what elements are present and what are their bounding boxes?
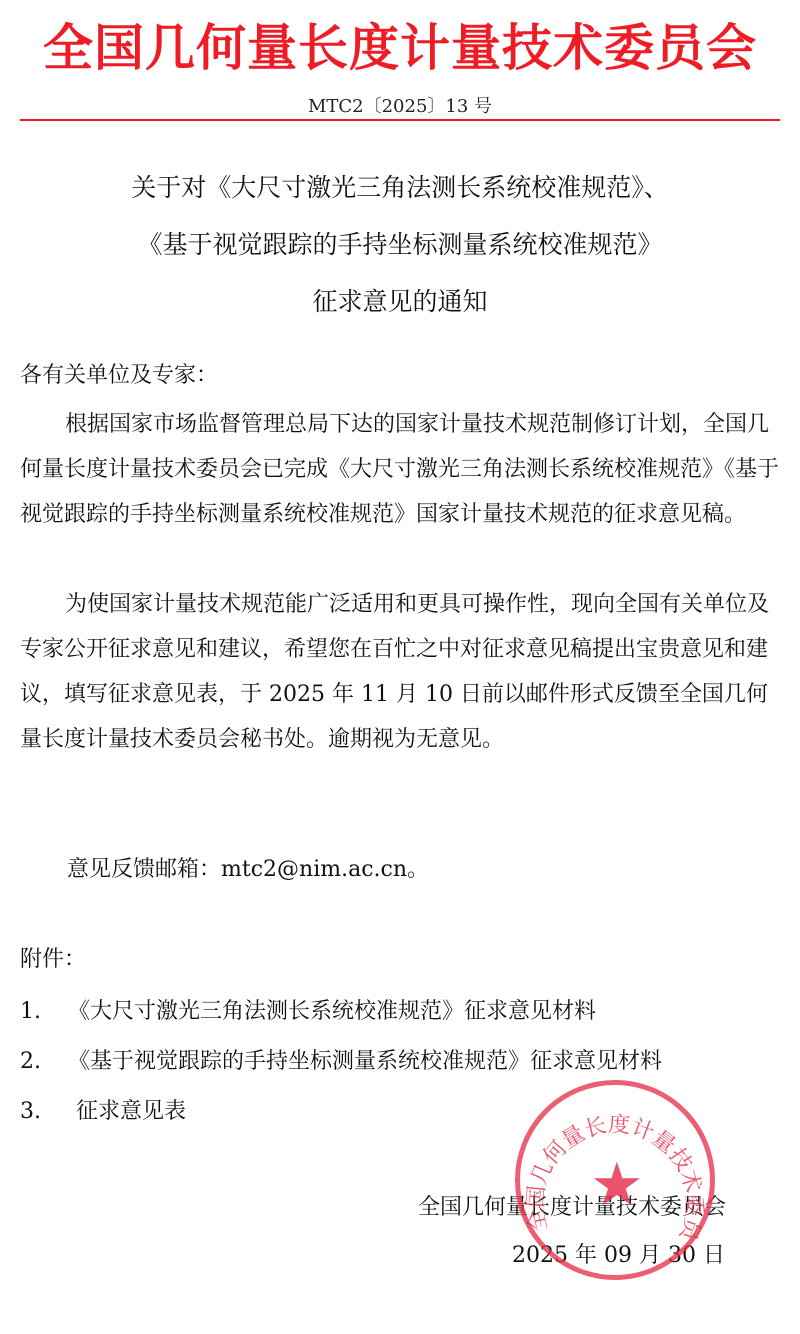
subject-line-2: 《基于视觉跟踪的手持坐标测量系统校准规范》 bbox=[0, 225, 800, 261]
letterhead-divider bbox=[20, 119, 780, 121]
attachments-label: 附件： bbox=[20, 942, 86, 973]
subject-line-1: 关于对《大尺寸激光三角法测长系统校准规范》、 bbox=[0, 168, 800, 204]
attachment-number: 2. bbox=[20, 1049, 41, 1074]
paragraph-1: 根据国家市场监督管理总局下达的国家计量技术规范制修订计划，全国几何量长度计量技术… bbox=[20, 402, 780, 537]
attachment-item: 2. 《基于视觉跟踪的手持坐标测量系统校准规范》征求意见材料 bbox=[20, 1044, 662, 1075]
letterhead-title: 全国几何量长度计量技术委员会 bbox=[0, 8, 800, 80]
salutation: 各有关单位及专家： bbox=[20, 358, 218, 389]
subject-line-3: 征求意见的通知 bbox=[0, 282, 800, 318]
attachment-text: 《基于视觉跟踪的手持坐标测量系统校准规范》征求意见材料 bbox=[68, 1049, 662, 1074]
star-icon: ★ bbox=[590, 1155, 644, 1215]
official-seal: 全国几何量长度计量技术委员会 ★ bbox=[515, 1080, 715, 1280]
attachment-text: 《大尺寸激光三角法测长系统校准规范》征求意见材料 bbox=[68, 999, 596, 1024]
paragraph-2: 为使国家计量技术规范能广泛适用和更具可操作性，现向全国有关单位及专家公开征求意见… bbox=[20, 582, 780, 762]
feedback-email: 意见反馈邮箱：mtc2@nim.ac.cn。 bbox=[67, 852, 429, 883]
attachment-number: 3. bbox=[20, 1099, 41, 1124]
attachment-item: 3. 征求意见表 bbox=[20, 1094, 186, 1125]
attachment-number: 1. bbox=[20, 999, 41, 1024]
attachment-text: 征求意见表 bbox=[76, 1099, 186, 1124]
document-number: MTC2〔2025〕13 号 bbox=[0, 92, 800, 118]
attachment-item: 1. 《大尺寸激光三角法测长系统校准规范》征求意见材料 bbox=[20, 994, 596, 1025]
